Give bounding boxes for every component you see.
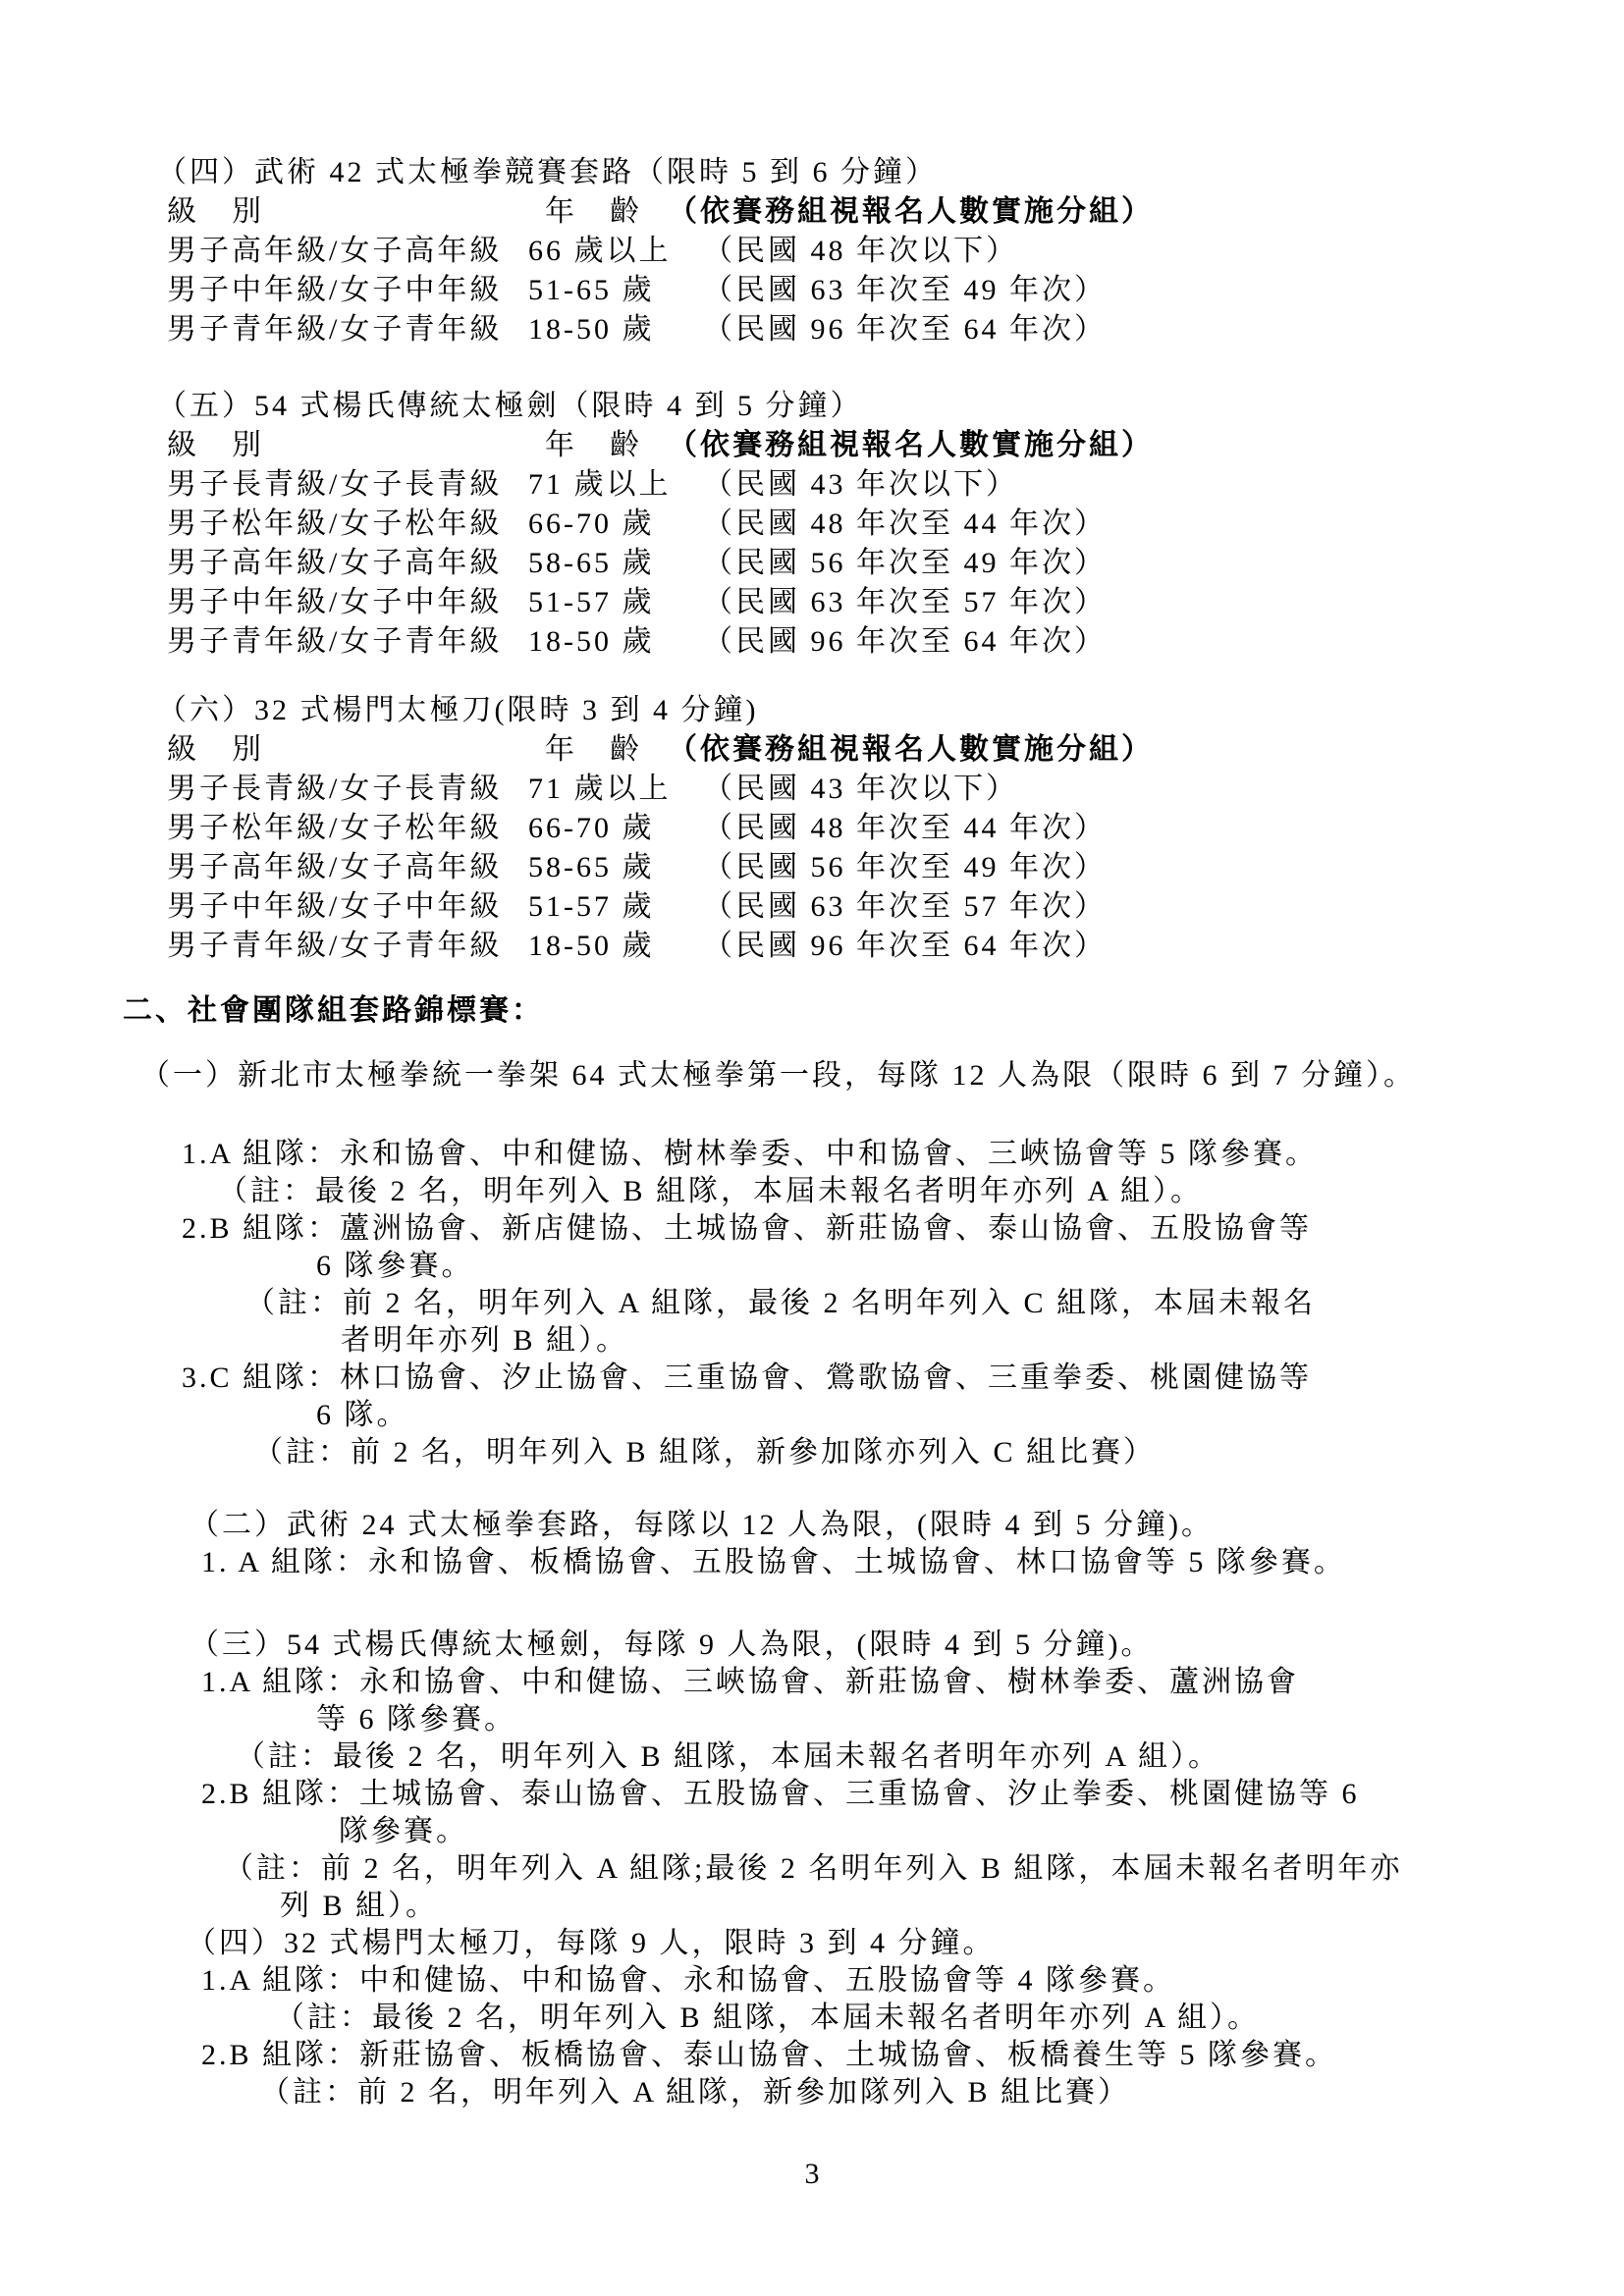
row-class: 男子長青級/女子長青級 — [167, 465, 528, 505]
table-row: 男子高年級/女子高年級 66 歲以上 （民國 48 年次以下） — [167, 232, 1624, 271]
item3-group-b-cont: 隊參賽。 — [339, 1813, 1624, 1850]
item3-group-a-cont: 等 6 隊參賽。 — [316, 1701, 1624, 1738]
item4-group-b: 2.B 組隊：新莊協會、板橋協會、泰山協會、土城協會、板橋養生等 5 隊參賽。 — [201, 2037, 1624, 2074]
item1-group-b: 2.B 組隊：蘆洲協會、新店健協、土城協會、新莊協會、泰山協會、五股協會等 — [182, 1210, 1624, 1248]
item3-group-b-note: （註：前 2 名，明年列入 A 組隊;最後 2 名明年列入 B 組隊，本屆未報名… — [224, 1850, 1624, 1888]
item1-group-a: 1.A 組隊：永和協會、中和健協、樹林拳委、中和協會、三峽協會等 5 隊參賽。 — [182, 1136, 1624, 1173]
section-title: （六）32 式楊門太極刀(限時 3 到 4 分鐘) — [157, 691, 1624, 730]
row-note: （民國 43 年次以下） — [703, 465, 1018, 505]
section-title: （四）武術 42 式太極拳競賽套路（限時 5 到 6 分鐘） — [157, 153, 1624, 192]
row-class: 男子松年級/女子松年級 — [167, 809, 528, 848]
event-section-6: （六）32 式楊門太極刀(限時 3 到 4 分鐘) 級 別 年 齡 （依賽務組視… — [0, 691, 1624, 966]
item1-group-a-note: （註：最後 2 名，明年列入 B 組隊，本屆未報名者明年亦列 A 組）。 — [218, 1173, 1624, 1210]
row-class: 男子中年級/女子中年級 — [167, 887, 528, 927]
table-row: 男子中年級/女子中年級 51-65 歲 （民國 63 年次至 49 年次） — [167, 271, 1624, 310]
table-header: 級 別 年 齡 （依賽務組視報名人數實施分組） — [167, 192, 1624, 232]
row-age: 58-65 歲 — [528, 848, 703, 887]
row-class: 男子高年級/女子高年級 — [167, 544, 528, 583]
row-class: 男子青年級/女子青年級 — [167, 927, 528, 966]
item1-group-b-note-cont: 者明年亦列 B 組）。 — [341, 1322, 1624, 1360]
item1-group-c-cont: 6 隊。 — [316, 1397, 1624, 1434]
item3-group-b-note-cont: 列 B 組）。 — [280, 1888, 1624, 1925]
item1-title: （一）新北市太極拳統一拳架 64 式太極拳第一段，每隊 12 人為限（限時 6 … — [140, 1057, 1624, 1095]
row-class: 男子青年級/女子青年級 — [167, 310, 528, 349]
row-age: 66-70 歲 — [528, 809, 703, 848]
table-row: 男子長青級/女子長青級 71 歲以上 （民國 43 年次以下） — [167, 770, 1624, 809]
col-class-label: 級 別 — [167, 730, 545, 770]
table-row: 男子松年級/女子松年級 66-70 歲 （民國 48 年次至 44 年次） — [167, 505, 1624, 544]
row-age: 58-65 歲 — [528, 544, 703, 583]
item1-group-b-note: （註：前 2 名，明年列入 A 組隊，最後 2 名明年列入 C 組隊，本屆未報名 — [245, 1285, 1624, 1322]
row-class: 男子松年級/女子松年級 — [167, 505, 528, 544]
table-row: 男子長青級/女子長青級 71 歲以上 （民國 43 年次以下） — [167, 465, 1624, 505]
item1-group-c-note: （註：前 2 名，明年列入 B 組隊，新參加隊亦列入 C 組比賽） — [253, 1434, 1624, 1471]
col-age-label: 年 齡 — [545, 192, 668, 232]
row-age: 71 歲以上 — [528, 770, 703, 809]
team-championship-section: 二、社會團隊組套路錦標賽： （一）新北市太極拳統一拳架 64 式太極拳第一段，每… — [0, 991, 1624, 2111]
part2-heading: 二、社會團隊組套路錦標賽： — [123, 991, 1624, 1031]
item3-title: （三）54 式楊氏傳統太極劍，每隊 9 人為限，(限時 4 到 5 分鐘)。 — [189, 1627, 1624, 1664]
event-section-4: （四）武術 42 式太極拳競賽套路（限時 5 到 6 分鐘） 級 別 年 齡 （… — [0, 153, 1624, 349]
row-note: （民國 63 年次至 57 年次） — [703, 583, 1107, 622]
row-age: 71 歲以上 — [528, 465, 703, 505]
col-grouping-note: （依賽務組視報名人數實施分組） — [668, 192, 1154, 232]
item2-title: （二）武術 24 式太極拳套路，每隊以 12 人為限，(限時 4 到 5 分鐘)… — [189, 1507, 1624, 1544]
row-note: （民國 56 年次至 49 年次） — [703, 848, 1107, 887]
row-age: 51-57 歲 — [528, 887, 703, 927]
row-note: （民國 63 年次至 49 年次） — [703, 271, 1107, 310]
table-row: 男子高年級/女子高年級 58-65 歲 （民國 56 年次至 49 年次） — [167, 848, 1624, 887]
row-note: （民國 96 年次至 64 年次） — [703, 310, 1107, 349]
row-note: （民國 48 年次以下） — [703, 232, 1018, 271]
col-age-label: 年 齡 — [545, 426, 668, 465]
table-row: 男子青年級/女子青年級 18-50 歲 （民國 96 年次至 64 年次） — [167, 622, 1624, 662]
table-header: 級 別 年 齡 （依賽務組視報名人數實施分組） — [167, 426, 1624, 465]
col-age-label: 年 齡 — [545, 730, 668, 770]
row-class: 男子長青級/女子長青級 — [167, 770, 528, 809]
col-class-label: 級 別 — [167, 426, 545, 465]
row-age: 18-50 歲 — [528, 622, 703, 662]
event-section-5: （五）54 式楊氏傳統太極劍（限時 4 到 5 分鐘） 級 別 年 齡 （依賽務… — [0, 387, 1624, 662]
table-header: 級 別 年 齡 （依賽務組視報名人數實施分組） — [167, 730, 1624, 770]
col-grouping-note: （依賽務組視報名人數實施分組） — [668, 426, 1154, 465]
row-note: （民國 48 年次至 44 年次） — [703, 505, 1107, 544]
row-age: 51-65 歲 — [528, 271, 703, 310]
row-class: 男子中年級/女子中年級 — [167, 583, 528, 622]
row-note: （民國 56 年次至 49 年次） — [703, 544, 1107, 583]
row-age: 66-70 歲 — [528, 505, 703, 544]
page-number: 3 — [0, 2156, 1624, 2193]
row-age: 18-50 歲 — [528, 310, 703, 349]
item3-group-a-note: （註：最後 2 名，明年列入 B 組隊，本屆未報名者明年亦列 A 組）。 — [236, 1738, 1624, 1776]
table-row: 男子高年級/女子高年級 58-65 歲 （民國 56 年次至 49 年次） — [167, 544, 1624, 583]
col-class-label: 級 別 — [167, 192, 545, 232]
table-row: 男子中年級/女子中年級 51-57 歲 （民國 63 年次至 57 年次） — [167, 583, 1624, 622]
item2-group-a: 1. A 組隊：永和協會、板橋協會、五股協會、土城協會、林口協會等 5 隊參賽。 — [201, 1544, 1624, 1581]
row-class: 男子中年級/女子中年級 — [167, 271, 528, 310]
item4-group-a: 1.A 組隊：中和健協、中和協會、永和協會、五股協會等 4 隊參賽。 — [201, 1962, 1624, 2000]
document-page: （四）武術 42 式太極拳競賽套路（限時 5 到 6 分鐘） 級 別 年 齡 （… — [0, 0, 1624, 2296]
item3-group-b: 2.B 組隊：土城協會、泰山協會、五股協會、三重協會、汐止拳委、桃園健協等 6 — [201, 1776, 1624, 1813]
row-note: （民國 43 年次以下） — [703, 770, 1018, 809]
item4-group-a-note: （註：最後 2 名，明年列入 B 組隊，本屆未報名者明年亦列 A 組）。 — [275, 2000, 1624, 2037]
item4-group-b-note: （註：前 2 名，明年列入 A 組隊，新參加隊列入 B 組比賽） — [260, 2074, 1624, 2111]
row-class: 男子青年級/女子青年級 — [167, 622, 528, 662]
table-row: 男子青年級/女子青年級 18-50 歲 （民國 96 年次至 64 年次） — [167, 310, 1624, 349]
row-age: 51-57 歲 — [528, 583, 703, 622]
table-row: 男子松年級/女子松年級 66-70 歲 （民國 48 年次至 44 年次） — [167, 809, 1624, 848]
item4-title: （四）32 式楊門太極刀，每隊 9 人，限時 3 到 4 分鐘。 — [187, 1925, 1624, 1962]
row-note: （民國 96 年次至 64 年次） — [703, 622, 1107, 662]
col-grouping-note: （依賽務組視報名人數實施分組） — [668, 730, 1154, 770]
row-note: （民國 63 年次至 57 年次） — [703, 887, 1107, 927]
row-age: 18-50 歲 — [528, 927, 703, 966]
item1-group-b-cont: 6 隊參賽。 — [316, 1248, 1624, 1285]
row-note: （民國 48 年次至 44 年次） — [703, 809, 1107, 848]
table-row: 男子中年級/女子中年級 51-57 歲 （民國 63 年次至 57 年次） — [167, 887, 1624, 927]
row-note: （民國 96 年次至 64 年次） — [703, 927, 1107, 966]
table-row: 男子青年級/女子青年級 18-50 歲 （民國 96 年次至 64 年次） — [167, 927, 1624, 966]
row-age: 66 歲以上 — [528, 232, 703, 271]
item3-group-a: 1.A 組隊：永和協會、中和健協、三峽協會、新莊協會、樹林拳委、蘆洲協會 — [201, 1664, 1624, 1701]
item1-group-c: 3.C 組隊：林口協會、汐止協會、三重協會、鶯歌協會、三重拳委、桃園健協等 — [182, 1360, 1624, 1397]
section-title: （五）54 式楊氏傳統太極劍（限時 4 到 5 分鐘） — [157, 387, 1624, 426]
row-class: 男子高年級/女子高年級 — [167, 232, 528, 271]
row-class: 男子高年級/女子高年級 — [167, 848, 528, 887]
